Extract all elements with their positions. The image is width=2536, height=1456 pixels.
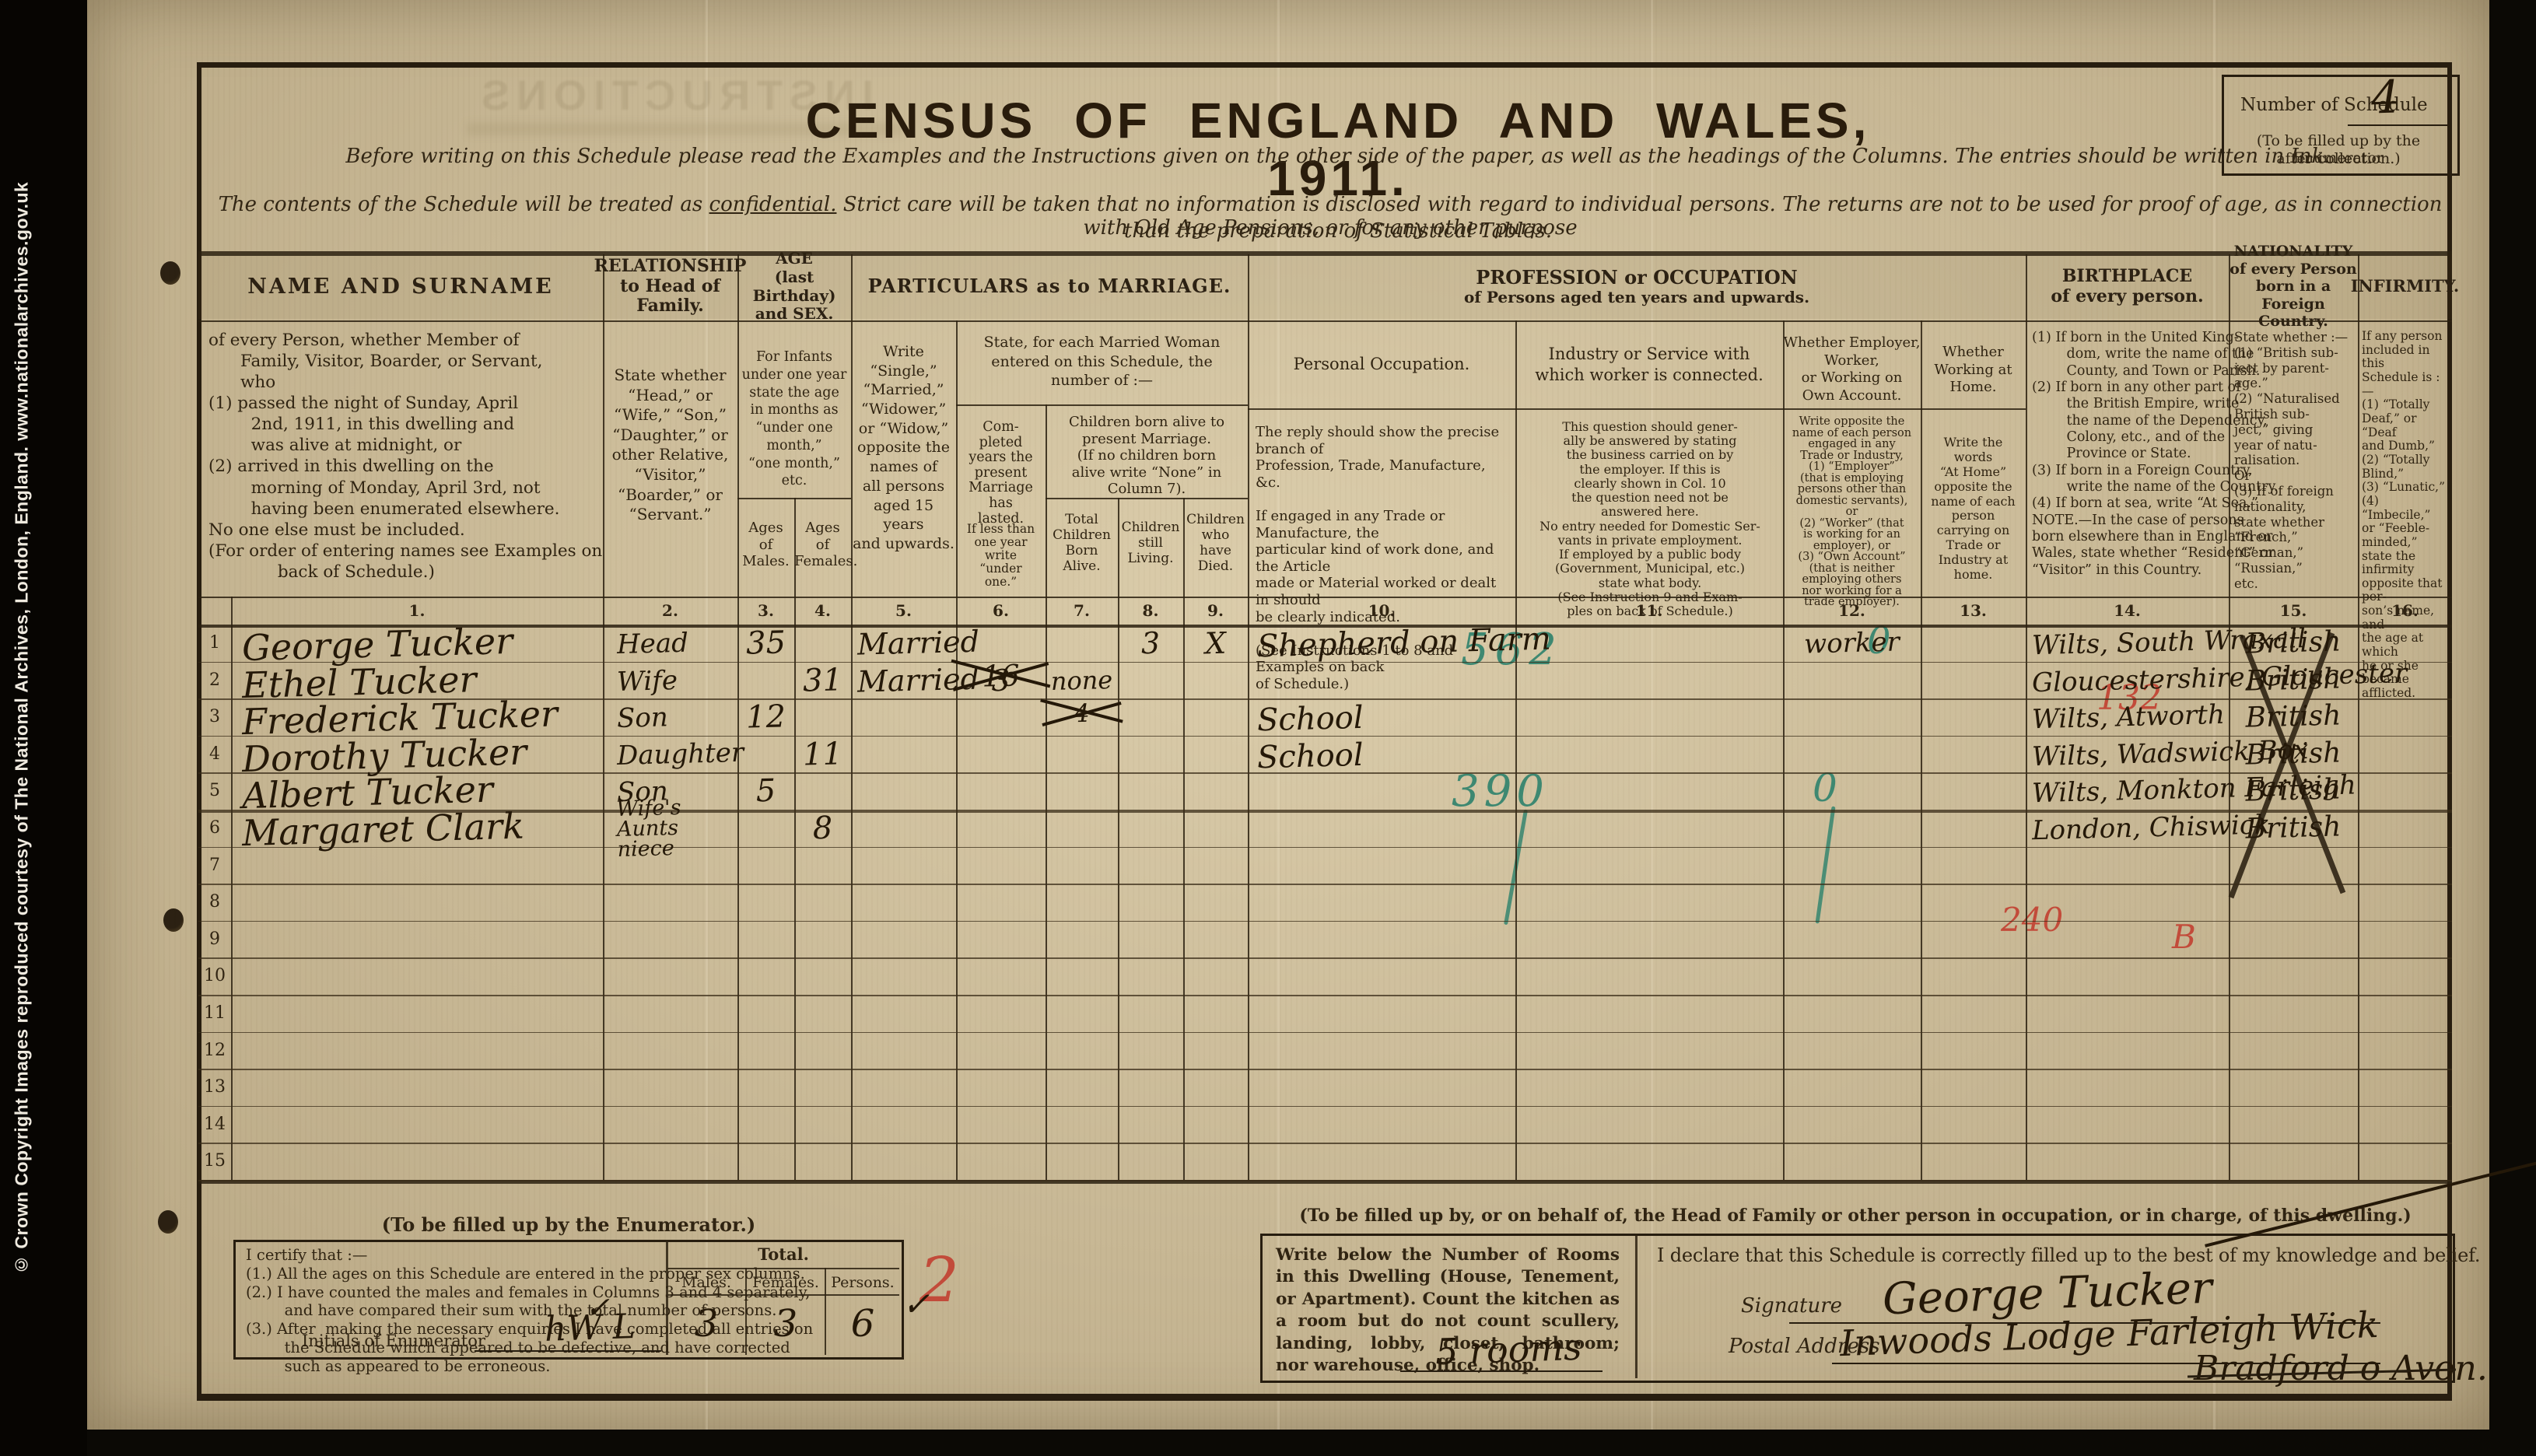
form-border-top: [197, 62, 2452, 68]
schedule-number-value: 4: [2370, 74, 2401, 120]
row-line: [198, 957, 2452, 959]
cell-ageF: 8: [793, 809, 851, 847]
cell-ageM: 5: [737, 772, 794, 810]
profession-subtitle: of Persons aged ten years and upwards.: [1464, 289, 1809, 307]
cell-m8: 3: [1117, 624, 1183, 663]
grid-line: [956, 404, 1248, 406]
col-sub-children-born-alive: Total Children Born Alive.: [1047, 512, 1116, 574]
column-number: 3.: [737, 597, 794, 624]
cell-emp: worker: [1782, 623, 1921, 663]
col-desc-married-woman: State, for each Married Woman entered on…: [956, 333, 1248, 390]
cell-birth: Wilts, Atworth: [2031, 696, 2229, 738]
cell-rel: Daughter: [616, 734, 737, 775]
occupation-code-row3: 390: [1452, 770, 1549, 814]
females-label: Females.: [747, 1274, 825, 1291]
grid-line: [231, 597, 233, 1180]
column-number: 2.: [603, 597, 737, 624]
grid-line: [603, 254, 604, 1180]
col-top-personal-occupation: Personal Occupation.: [1248, 354, 1515, 374]
profession-title: PROFESSION or OCCUPATION: [1476, 267, 1797, 289]
col-group-infirmity: INFIRMITY.: [2358, 254, 2452, 319]
col-sub-children-died: Children who have Died.: [1185, 512, 1246, 574]
row-number: 2: [198, 662, 231, 699]
grid-line: [851, 254, 853, 1180]
cell-ageM: 12: [737, 698, 794, 736]
signature-label: Signature: [1741, 1294, 1842, 1318]
col-desc-years-married-note: If less than one year write “under one.”: [958, 523, 1044, 589]
males-total-value: 3: [667, 1305, 745, 1342]
cell-nat: British: [2228, 660, 2358, 700]
col-desc-employer: Write opposite the name of each person e…: [1785, 416, 1919, 608]
cell-occ: School: [1256, 732, 1515, 775]
col-desc-industry: This question should gener- ally be answ…: [1522, 420, 1778, 618]
cell-ageF: 11: [793, 735, 851, 773]
confidential-word: confidential.: [709, 193, 837, 216]
column-number: 14.: [2026, 597, 2229, 624]
cell-nat: British: [2228, 623, 2358, 663]
grid-line: [1921, 320, 1922, 1180]
schedule-note-2: after collection.): [2225, 150, 2452, 167]
row-number: 4: [198, 736, 231, 773]
row-number: 5: [198, 772, 231, 810]
tick-mark: ✓: [585, 1293, 610, 1322]
rooms-underline: [1400, 1370, 1603, 1372]
col-sub-ages-females: Ages of Females.: [794, 520, 851, 570]
cell-ageF: 31: [793, 661, 851, 699]
grid-line: [1515, 320, 1517, 1180]
row-line: [198, 1069, 2452, 1070]
grid-line: [1635, 1234, 1638, 1378]
col-sub-children-living: Children still Living.: [1119, 520, 1182, 566]
grid-line: [198, 251, 2452, 256]
column-number: 11.: [1515, 597, 1783, 624]
grid-line: [1248, 254, 1249, 1180]
column-number: 5.: [851, 597, 956, 624]
row-number: 14: [198, 1106, 231, 1143]
column-number: 4.: [794, 597, 851, 624]
row-number: 6: [198, 810, 231, 847]
row-number: 1: [198, 625, 231, 662]
persons-label: Persons.: [826, 1274, 899, 1291]
row-number: 11: [198, 995, 231, 1032]
copyright-sidebar-text: © Crown Copyright Images reproduced cour…: [2, 0, 42, 1456]
grid-line: [956, 320, 958, 1180]
col-desc-name: of every Person, whether Member of Famil…: [208, 330, 601, 583]
grid-line: [1046, 404, 1047, 1180]
grid-line: [1248, 408, 2026, 410]
row-line: [198, 1180, 2452, 1181]
col-desc-at-home: Write the words “At Home” opposite the n…: [1922, 436, 2024, 583]
cell-birth: London, Chiswick: [2031, 807, 2229, 849]
instruction-line: Before writing on this Schedule please r…: [327, 145, 2349, 168]
cell-rel: Wife's Aunts niece: [616, 808, 737, 849]
row-number: 13: [198, 1069, 231, 1106]
column-number: 8.: [1118, 597, 1183, 624]
cell-birth: Wilts, Wadswick Box: [2031, 733, 2229, 775]
row-line: [198, 1143, 2452, 1144]
tick-mark: ✓: [902, 1288, 930, 1321]
rooms-value: 5 rooms: [1434, 1329, 1582, 1370]
col-group-nationality: NATIONALITY of every Person born in a Fo…: [2229, 254, 2358, 319]
column-number: 9.: [1183, 597, 1248, 624]
column-number: 15.: [2229, 597, 2358, 624]
form-border-bottom: [197, 1394, 2452, 1401]
cell-occ: School: [1256, 695, 1515, 739]
head-section-heading: (To be filled up by, or on behalf of, th…: [1260, 1206, 2450, 1226]
grid-line: [198, 320, 2452, 322]
employment-code-row3: 0: [1813, 768, 1837, 807]
cell-nat: British: [2228, 771, 2358, 811]
initials-underline: [475, 1350, 661, 1352]
grid-line: [2026, 254, 2027, 1180]
col-group-relationship: RELATIONSHIP to Head of Family.: [603, 254, 737, 319]
col-group-profession: PROFESSION or OCCUPATIONof Persons aged …: [1248, 254, 2026, 319]
cell-m7: none: [1045, 660, 1118, 699]
column-number: 10.: [1248, 597, 1515, 624]
col-desc-condition: Write “Single,” “Married,” “Widower,” or…: [853, 342, 955, 554]
cell-occ: Shepherd on Farm: [1256, 621, 1515, 665]
cell-nat: British: [2228, 697, 2358, 737]
col-top-at-home: Whether Working at Home.: [1921, 344, 2026, 397]
confidential-pre: The contents of the Schedule will be tre…: [219, 193, 709, 216]
col-desc-age: For Infants under one year state the age…: [739, 348, 849, 490]
confidential-line2: than the preparation of Statistical Tabl…: [327, 219, 2349, 243]
col-desc-nationality: State whether :— (1) “British sub- ject …: [2234, 330, 2355, 592]
row-number: 3: [198, 698, 231, 736]
column-number: 13.: [1921, 597, 2026, 624]
col-desc-children-born: Children born alive to present Marriage.…: [1047, 414, 1246, 498]
males-label: Males.: [667, 1274, 745, 1291]
col-group-name: NAME AND SURNAME: [198, 254, 603, 319]
cell-rel: Head: [616, 623, 737, 663]
grid-line: [1783, 320, 1785, 1180]
schedule-number-underline: [2348, 124, 2449, 126]
col-sub-ages-males: Ages of Males.: [737, 520, 794, 570]
col-group-birthplace: BIRTHPLACE of every person.: [2026, 254, 2229, 319]
grid-line: [667, 1294, 899, 1296]
grid-line: [1046, 498, 1248, 499]
cell-ageM: 35: [737, 624, 794, 662]
col-desc-birthplace: (1) If born in the United King- dom, wri…: [2032, 330, 2225, 579]
col-top-employer: Whether Employer, Worker, or Working on …: [1783, 334, 1921, 404]
grid-line: [667, 1268, 899, 1269]
row-line: [198, 921, 2452, 922]
column-number: 16.: [2358, 597, 2452, 624]
census-scan-page: { "sidebar": { "copyright": "© Crown Cop…: [0, 0, 2536, 1456]
grid-line: [737, 498, 851, 499]
cell-rel: Son: [616, 697, 737, 737]
column-number: 12.: [1783, 597, 1921, 624]
enumerator-heading: (To be filled up by the Enumerator.): [233, 1213, 904, 1236]
col-group-age: AGE (last Birthday) and SEX.: [737, 254, 851, 319]
col-desc-relationship: State whether “Head,” or “Wife,” “Son,” …: [605, 366, 735, 525]
initials-label: Initials of Enumerator: [302, 1332, 485, 1350]
column-number: 7.: [1046, 597, 1118, 624]
row-number: 10: [198, 957, 231, 995]
red-mark-row6: B: [2172, 921, 2536, 954]
declaration-text: I declare that this Schedule is correctl…: [1657, 1244, 2480, 1266]
row-number: 12: [198, 1032, 231, 1069]
punch-hole: [163, 908, 184, 932]
row-number: 8: [198, 884, 231, 921]
column-number: 6.: [956, 597, 1046, 624]
col-desc-years-married: Com- pleted years the present Marriage h…: [958, 420, 1044, 527]
females-total-value: 3: [747, 1305, 825, 1342]
cell-m9: X: [1182, 624, 1248, 663]
totals-header: Total.: [667, 1244, 899, 1264]
row-number: 9: [198, 921, 231, 958]
grid-line: [2358, 254, 2359, 1180]
cell-birth: Gloucestershire, Gloucester: [2031, 659, 2229, 701]
cell-birth: Wilts, Monkton Farleigh: [2031, 770, 2229, 812]
row-line: [198, 884, 2452, 885]
row-line: [198, 1032, 2452, 1034]
punch-hole: [160, 261, 180, 285]
column-number: 1.: [231, 597, 603, 624]
punch-hole: [158, 1210, 178, 1234]
col-top-industry: Industry or Service with which worker is…: [1515, 344, 1783, 387]
cell-m5: Married: [856, 623, 956, 663]
row-line: [198, 995, 2452, 996]
cell-birth: Wilts, South Wraxall: [2031, 622, 2229, 664]
persons-total-value: 6: [826, 1305, 899, 1342]
row-number: 7: [198, 847, 231, 884]
row-line: [198, 1106, 2452, 1108]
cell-m6: 3: [955, 660, 1046, 700]
cell-rel: Wife: [616, 660, 737, 701]
cell-m5: Married: [856, 660, 956, 700]
cell-nat: British: [2228, 734, 2358, 775]
col-group-marriage: PARTICULARS as to MARRIAGE.: [851, 254, 1248, 319]
row-number: 15: [198, 1143, 231, 1180]
cell-nat: British: [2228, 808, 2358, 849]
